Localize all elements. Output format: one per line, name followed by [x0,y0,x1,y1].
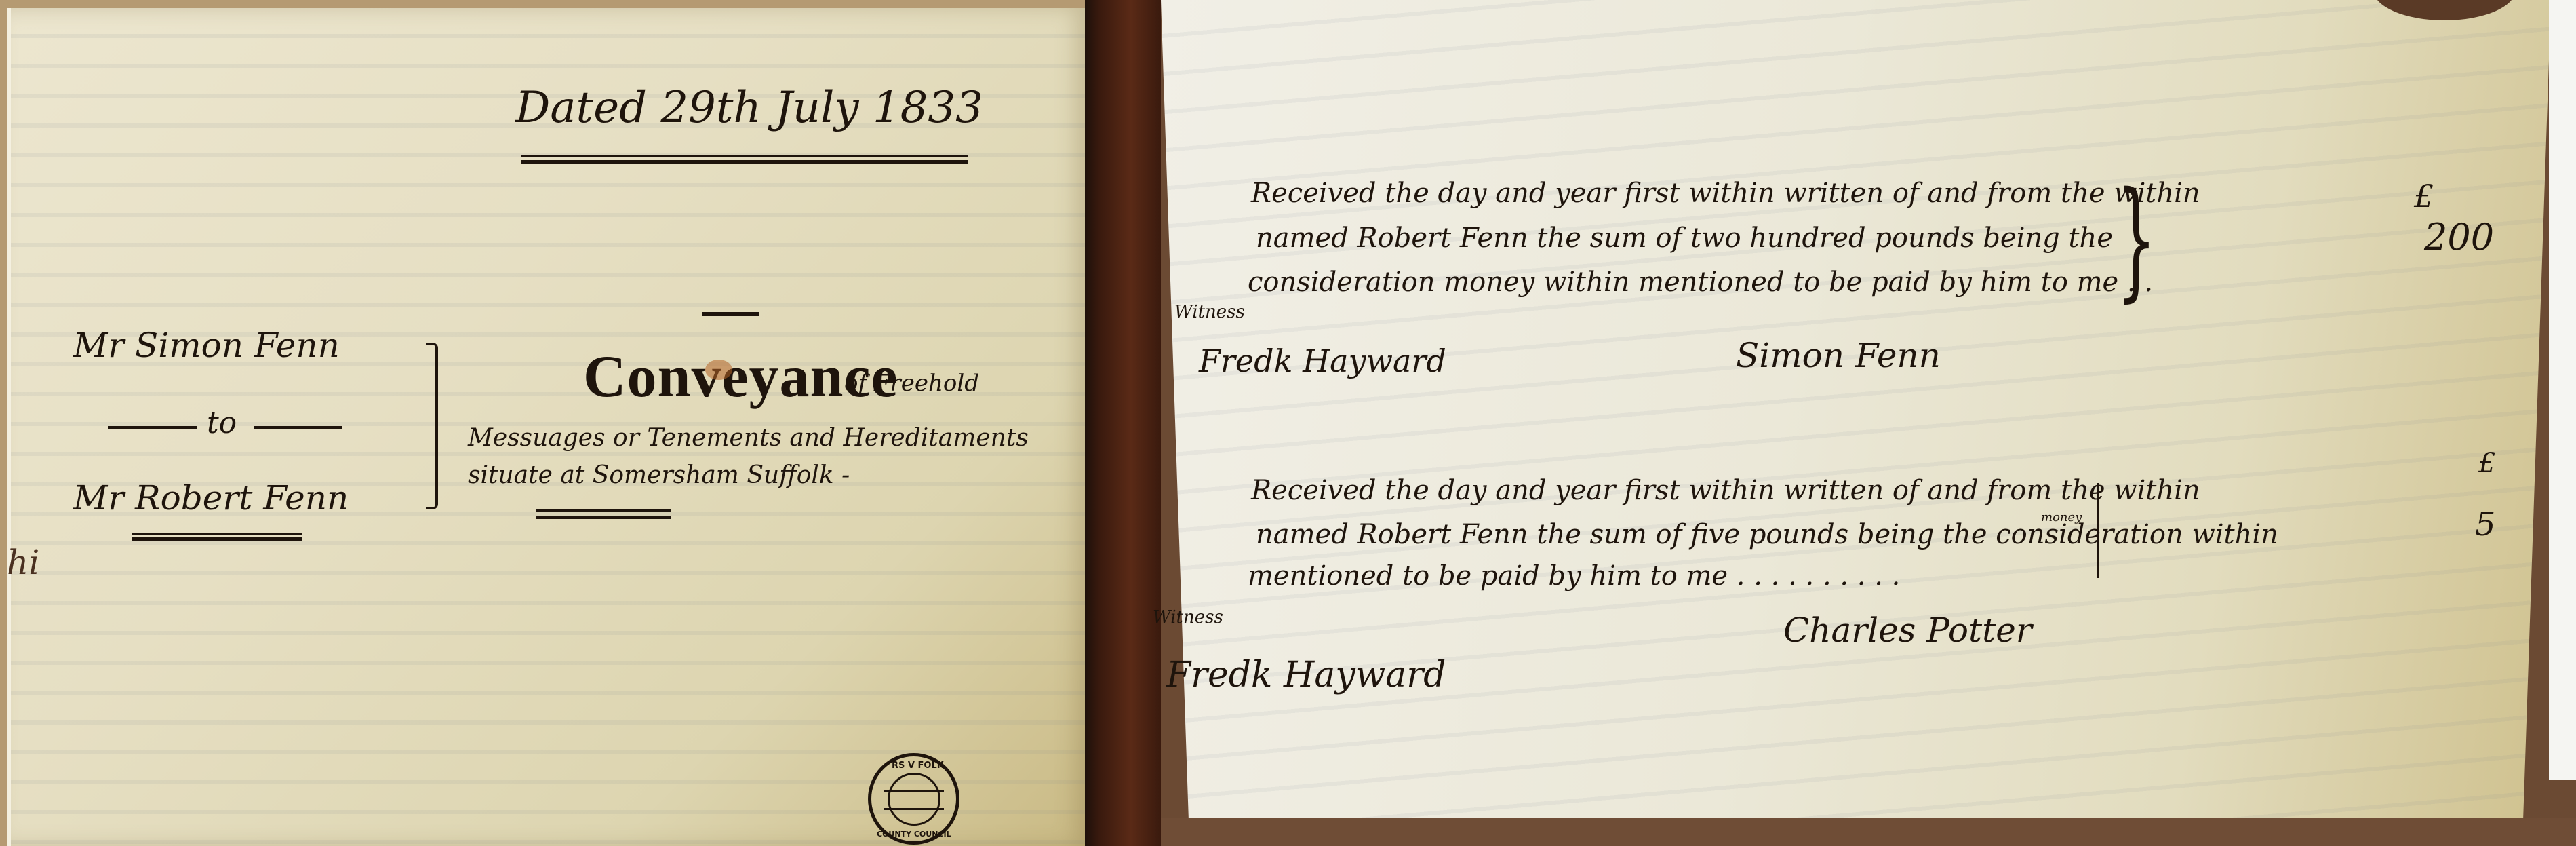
receipt2-brace [2097,483,2099,578]
party-underline-thin [132,533,302,535]
stamp-text-top: RS V FOLK [892,761,944,771]
parties-bracket [426,343,438,509]
party-from: Mr Simon Fenn [73,326,340,365]
receipt2-line1: Received the day and year first within w… [1251,475,2200,506]
bleed-through-text [1161,0,2551,821]
receipt2-witness-signature: Fredk Hayward [1166,655,1446,695]
title-top-rule [702,312,759,316]
party-underline-thick [132,537,302,541]
title-bottom-rule-thick [536,516,671,519]
dated-line: Dated 29th July 1833 [515,83,983,133]
receipt1-currency: £ [2414,178,2434,214]
title-bottom-rule-thin [536,509,671,512]
stamp-inner-circle [888,773,940,826]
dated-underline-thin [521,155,968,157]
binding-spine [1085,0,1161,846]
receipt1-line1: Received the day and year first within w… [1251,178,2200,209]
stamp-text-bottom: COUNTY COUNCIL [877,830,951,839]
receipt2-line3: mentioned to be paid by him to me . . . … [1248,560,1900,592]
receipt2-amount: 5 [2475,505,2496,543]
to-word: to [207,406,237,440]
receipt1-line3: consideration money within mentioned to … [1248,267,2153,298]
title-suffix: of Freehold [844,370,979,397]
property-description-line1: Messuages or Tenements and Hereditaments [468,424,1029,452]
margin-mark: hi [7,543,39,582]
receipt2-signatory: Charles Potter [1783,611,2032,650]
archive-stamp: RS V FOLK COUNTY COUNCIL [868,753,959,845]
receipt1-signatory: Simon Fenn [1736,336,1941,375]
receipt2-line2: named Robert Fenn the sum of five pounds… [1256,519,2278,550]
receipt1-amount: 200 [2424,216,2494,258]
receipt1-witness-label: Witness [1174,302,1245,322]
receipt2-witness-label: Witness [1153,607,1223,628]
receipts-page [1161,0,2551,821]
page-edge [2549,0,2576,780]
receipt1-line2: named Robert Fenn the sum of two hundred… [1256,223,2113,254]
stamp-bar [884,790,944,810]
receipt1-witness-signature: Fredk Hayward [1199,343,1446,379]
party-to: Mr Robert Fenn [73,478,349,518]
receipt1-brace: } [2116,175,2156,304]
receipt2-currency: £ [2478,448,2495,479]
property-description-line2: situate at Somersham Suffolk - [468,461,850,489]
table-surface-bottom [1161,818,2576,846]
to-rule-left [108,426,197,429]
ink-stain [705,360,732,380]
to-rule-right [254,426,342,429]
dated-underline-thick [521,160,968,164]
